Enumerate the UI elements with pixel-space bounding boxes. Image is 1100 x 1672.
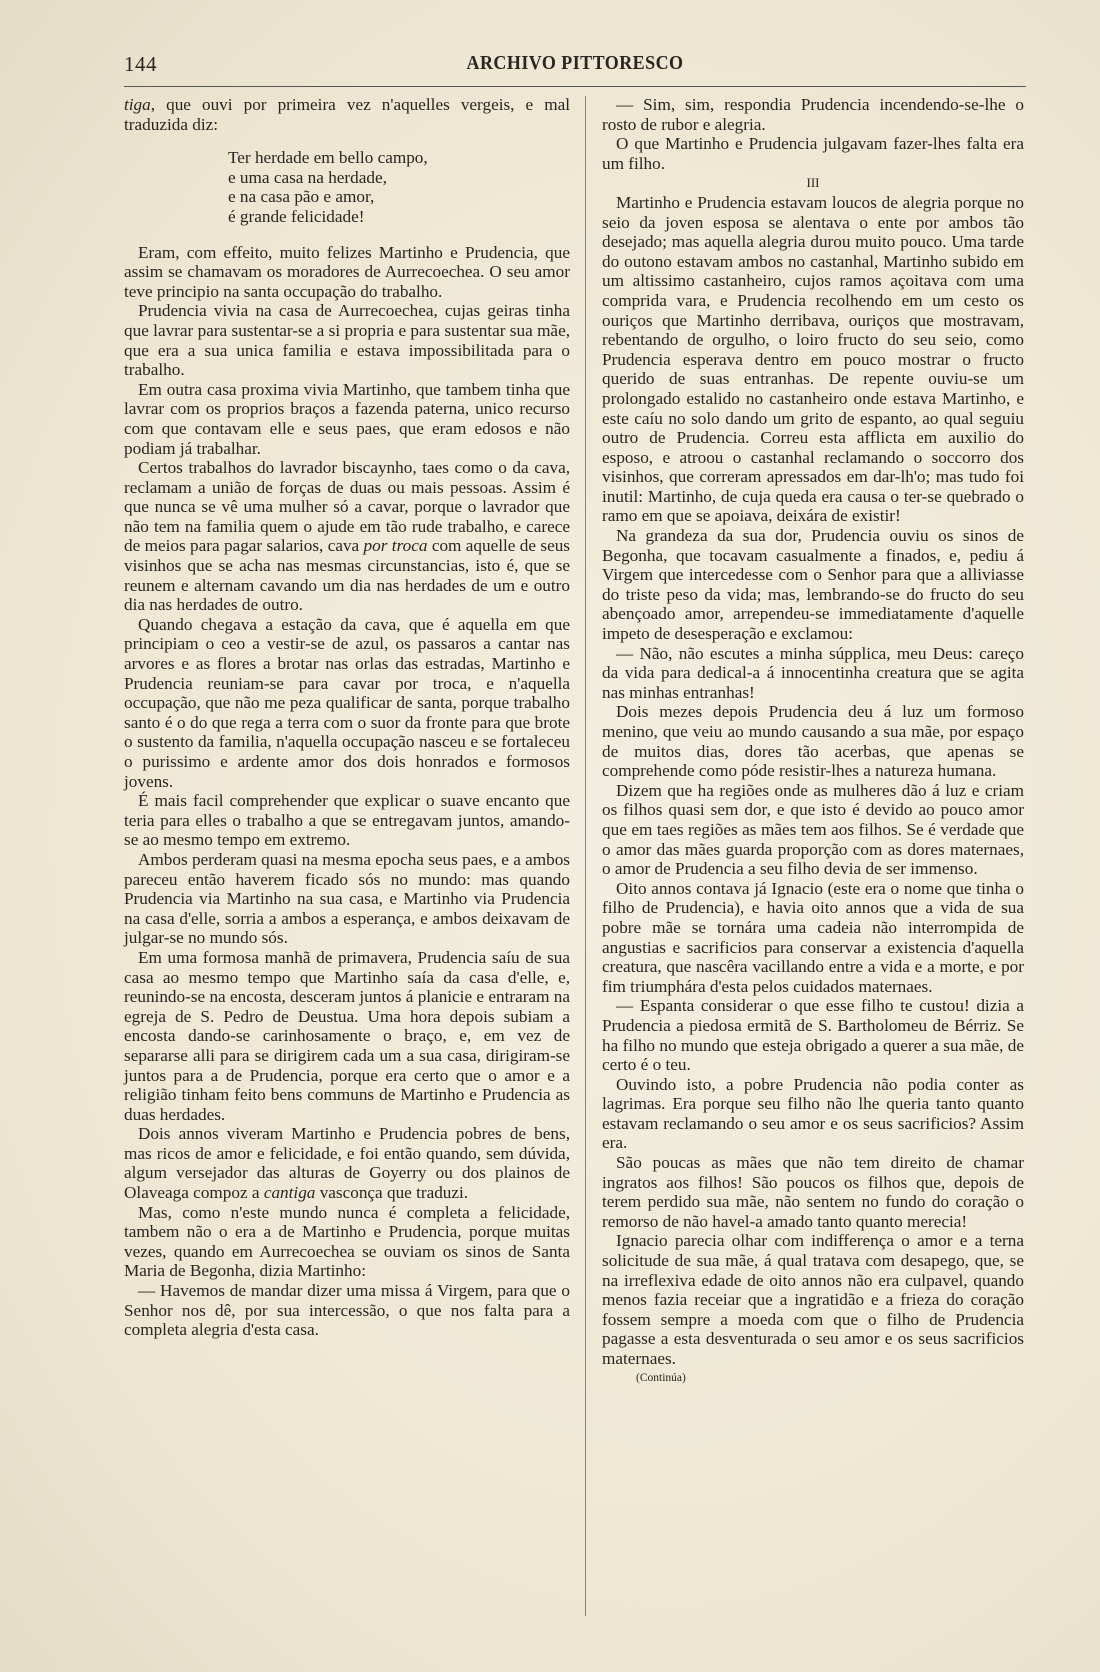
- paragraph: Certos trabalhos do lavrador biscaynho, …: [124, 458, 570, 615]
- verse-line: e uma casa na herdade,: [228, 168, 570, 188]
- dialogue-paragraph: — Espanta considerar o que esse filho te…: [602, 996, 1024, 1074]
- verse-line: Ter herdade em bello campo,: [228, 148, 570, 168]
- newspaper-page: 144 ARCHIVO PITTORESCO tiga, que ouvi po…: [0, 0, 1100, 1672]
- paragraph: São poucas as mães que não tem direito d…: [602, 1153, 1024, 1231]
- italic-word: cantiga: [264, 1183, 316, 1202]
- continued-note: (Continúa): [602, 1369, 1024, 1389]
- italic-phrase: por troca: [364, 536, 428, 555]
- paragraph: É mais facil comprehender que explicar o…: [124, 791, 570, 850]
- verse-line: e na casa pão e amor,: [228, 187, 570, 207]
- page-header: 144 ARCHIVO PITTORESCO: [124, 52, 1026, 87]
- paragraph: Quando chegava a estação da cava, que é …: [124, 615, 570, 791]
- dialogue-paragraph: — Sim, sim, respondia Prudencia incenden…: [602, 95, 1024, 134]
- verse-block: Ter herdade em bello campo, e uma casa n…: [228, 148, 570, 226]
- running-title: ARCHIVO PITTORESCO: [169, 52, 981, 75]
- left-column: tiga, que ouvi por primeira vez n'aquell…: [124, 95, 570, 1340]
- section-number: III: [602, 173, 1024, 193]
- paragraph: Martinho e Prudencia estavam loucos de a…: [602, 193, 1024, 526]
- paragraph: Oito annos contava já Ignacio (este era …: [602, 879, 1024, 997]
- paragraph: Dois mezes depois Prudencia deu á luz um…: [602, 702, 1024, 780]
- paragraph: Ignacio parecia olhar com indifferença o…: [602, 1231, 1024, 1368]
- paragraph: Em uma formosa manhã de primavera, Prude…: [124, 948, 570, 1124]
- dialogue-paragraph: — Não, não escutes a minha súpplica, meu…: [602, 644, 1024, 703]
- paragraph: Em outra casa proxima vivia Martinho, qu…: [124, 380, 570, 458]
- paragraph: Ambos perderam quasi na mesma epocha seu…: [124, 850, 570, 948]
- right-column: — Sim, sim, respondia Prudencia incenden…: [602, 95, 1024, 1388]
- paragraph: Prudencia vivia na casa de Aurrecoechea,…: [124, 301, 570, 379]
- italic-word: tiga: [124, 95, 151, 114]
- paragraph: O que Martinho e Prudencia julgavam faze…: [602, 134, 1024, 173]
- column-divider: [585, 96, 586, 1616]
- opening-paragraph: tiga, que ouvi por primeira vez n'aquell…: [124, 95, 570, 134]
- verse-line: é grande felicidade!: [228, 207, 570, 227]
- paragraph: Dizem que ha regiões onde as mulheres dã…: [602, 781, 1024, 879]
- paragraph: Na grandeza da sua dor, Prudencia ouviu …: [602, 526, 1024, 644]
- paragraph: Ouvindo isto, a pobre Prudencia não podi…: [602, 1075, 1024, 1153]
- dialogue-paragraph: — Havemos de mandar dizer uma missa á Vi…: [124, 1281, 570, 1340]
- paragraph: Eram, com effeito, muito felizes Martinh…: [124, 243, 570, 302]
- paragraph: Mas, como n'este mundo nunca é completa …: [124, 1203, 570, 1281]
- paragraph: Dois annos viveram Martinho e Prudencia …: [124, 1124, 570, 1202]
- page-number: 144: [124, 52, 157, 77]
